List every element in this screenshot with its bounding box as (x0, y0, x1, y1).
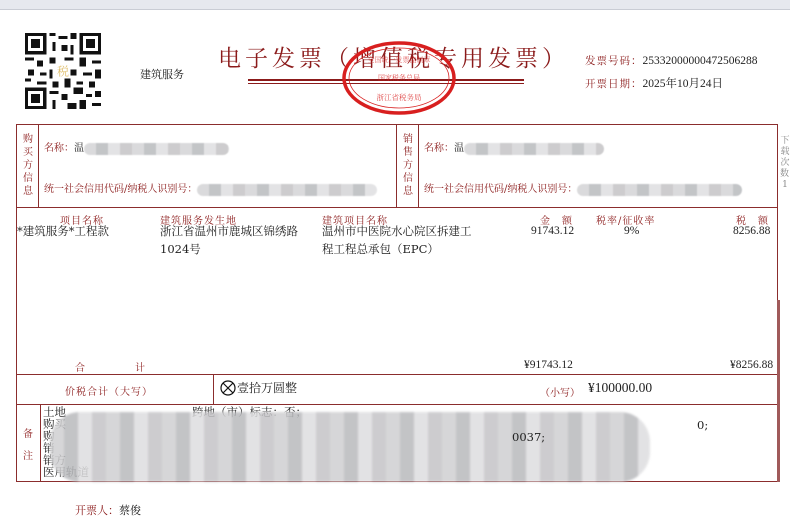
redacted-seller-name (464, 143, 604, 155)
redacted-buyer-tax-id (197, 184, 377, 196)
seller-section-label: 销售方信息 (401, 133, 415, 198)
buyer-section-label: 购买方信息 (21, 133, 35, 198)
divider (38, 124, 39, 208)
redacted-buyer-name (84, 143, 229, 155)
circle-x-icon (220, 380, 236, 396)
issue-date-label: 开票日期： (585, 78, 643, 90)
redacted-remarks (50, 412, 650, 482)
invoice-number: 发票号码：25332000000472506288 (585, 53, 758, 68)
viewer-toolbar (0, 0, 790, 10)
project-name-line2: 程工程总承包（EPC） (322, 240, 439, 258)
svg-text:浙江省税务局: 浙江省税务局 (377, 92, 422, 102)
invoice-number-value: 25332000000472506288 (643, 55, 758, 67)
item-name: *建筑服务*工程款 (17, 222, 109, 240)
page-edge (777, 300, 780, 482)
issuer-label: 开票人： (75, 504, 119, 517)
remarks-fragment: 0; (697, 420, 708, 432)
invoice-number-label: 发票号码： (585, 55, 643, 67)
buyer-tax-id: 统一社会信用代码/纳税人识别号： (44, 180, 377, 196)
service-location-line2: 1024号 (160, 240, 201, 258)
total-small-label: （小写） (540, 384, 580, 399)
remarks-label: 备注 (21, 424, 35, 468)
total-tax: ¥8256.88 (730, 356, 773, 374)
total-small-value: ¥100000.00 (588, 379, 652, 397)
issuer: 开票人：蔡俊 (75, 502, 141, 518)
official-seal-icon: 全国统一发票监制章 国家税务总局 浙江省税务局 (341, 40, 457, 116)
buyer-name: 名称：温 (44, 139, 229, 155)
divider (16, 404, 778, 405)
seller-tax-id-label: 统一社会信用代码/纳税人识别号： (424, 184, 577, 195)
divider (396, 124, 397, 208)
total-amount: ¥91743.12 (524, 356, 573, 374)
buyer-name-label: 名称： (44, 143, 74, 154)
divider (40, 404, 41, 482)
svg-text:全国统一发票监制章: 全国统一发票监制章 (368, 55, 431, 64)
seller-name-value: 温 (454, 143, 464, 154)
issue-date: 开票日期：2025年10月24日 (585, 75, 723, 91)
download-count: 下载次数：1 (780, 136, 790, 191)
service-location-line1: 浙江省温州市鹿城区锦绣路 (160, 222, 298, 240)
svg-text:税: 税 (57, 65, 69, 79)
divider (16, 207, 778, 208)
qr-code-icon: 税 (24, 33, 102, 109)
issuer-name: 蔡俊 (119, 504, 141, 517)
seller-tax-id: 统一社会信用代码/纳税人识别号： (424, 180, 742, 196)
svg-text:国家税务总局: 国家税务总局 (378, 73, 420, 82)
redacted-seller-tax-id (577, 184, 742, 196)
amount: 91743.12 (531, 222, 574, 240)
seller-name-label: 名称： (424, 143, 454, 154)
divider (213, 374, 214, 404)
total-in-words-label: 价税合计（大写） (65, 383, 153, 398)
buyer-name-value: 温 (74, 143, 84, 154)
issue-date-value: 2025年10月24日 (643, 78, 724, 90)
total-label: 合 计 (75, 359, 145, 374)
seller-name: 名称：温 (424, 139, 604, 155)
invoice-category: 建筑服务 (140, 66, 184, 82)
remarks-fragment: 0037; (512, 432, 545, 444)
tax-amount: 8256.88 (733, 222, 770, 240)
divider (418, 124, 419, 208)
buyer-tax-id-label: 统一社会信用代码/纳税人识别号： (44, 184, 197, 195)
divider (16, 374, 778, 375)
project-name-line1: 温州市中医院水心院区拆建工 (322, 222, 472, 240)
tax-rate: 9% (624, 222, 639, 240)
total-in-words-value: 壹拾万圆整 (237, 379, 297, 397)
